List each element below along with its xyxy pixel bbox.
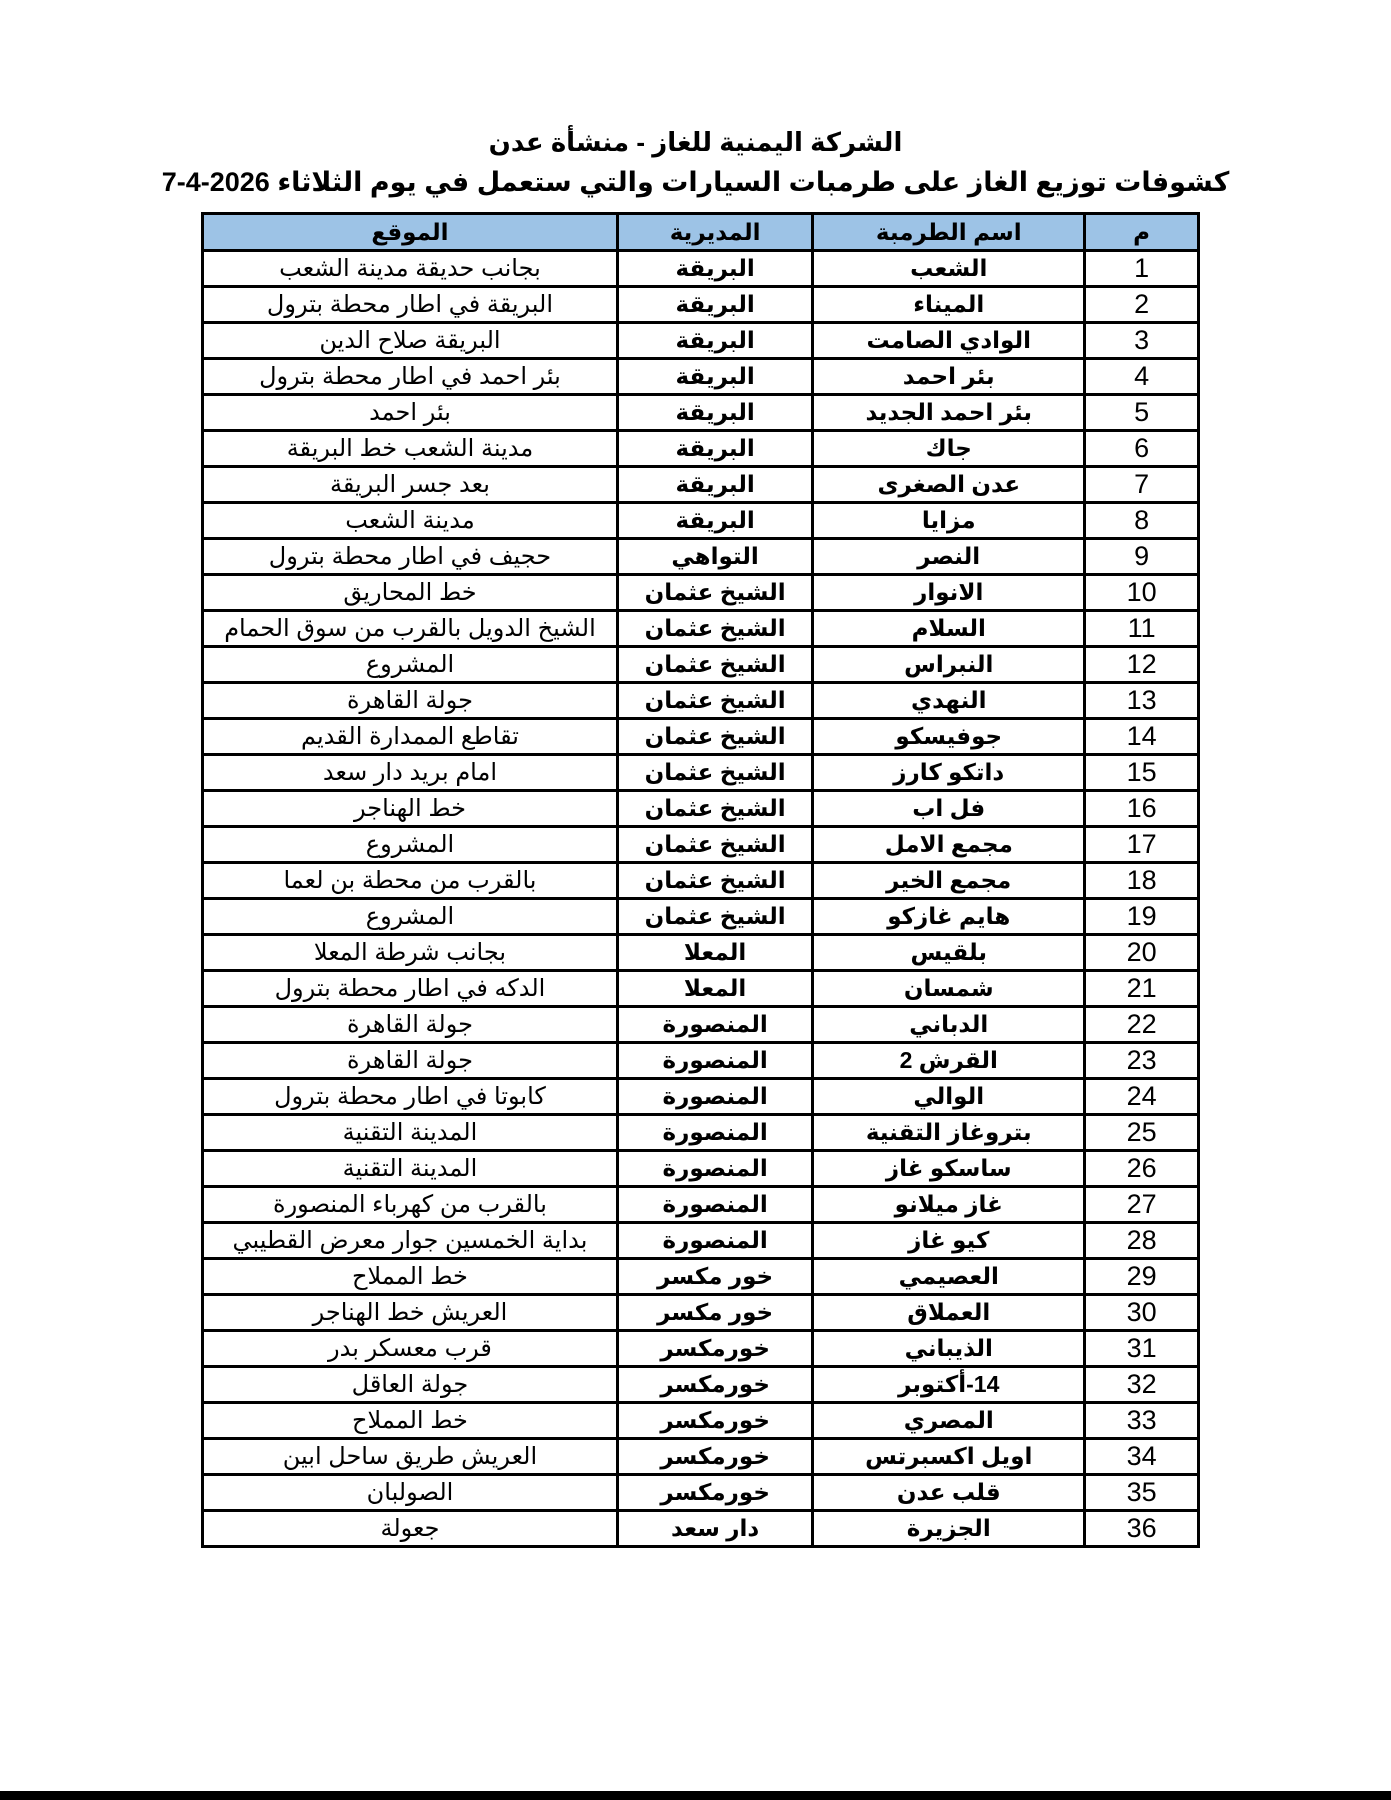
location: المدينة التقنية	[203, 1115, 618, 1151]
row-number: 7	[1085, 467, 1199, 503]
row-number: 1	[1085, 251, 1199, 287]
row-number: 34	[1085, 1439, 1199, 1475]
row-number: 17	[1085, 827, 1199, 863]
station-name: فل اب	[813, 791, 1085, 827]
location: المشروع	[203, 827, 618, 863]
directorate: البريقة	[617, 503, 812, 539]
row-number: 30	[1085, 1295, 1199, 1331]
row-number: 5	[1085, 395, 1199, 431]
station-name: جاك	[813, 431, 1085, 467]
station-name: القرش 2	[813, 1043, 1085, 1079]
location: خط المملاح	[203, 1259, 618, 1295]
row-number: 21	[1085, 971, 1199, 1007]
location: مدينة الشعب	[203, 503, 618, 539]
directorate: الشيخ عثمان	[617, 611, 812, 647]
table-row: 8مزاياالبريقةمدينة الشعب	[203, 503, 1199, 539]
station-name: الانوار	[813, 575, 1085, 611]
station-name: الوادي الصامت	[813, 323, 1085, 359]
directorate: الشيخ عثمان	[617, 827, 812, 863]
directorate: البريقة	[617, 287, 812, 323]
row-number: 24	[1085, 1079, 1199, 1115]
directorate: البريقة	[617, 323, 812, 359]
station-name: شمسان	[813, 971, 1085, 1007]
table-row: 28كيو غازالمنصورةبداية الخمسين جوار معرض…	[203, 1223, 1199, 1259]
location: البريقة صلاح الدين	[203, 323, 618, 359]
table-row: 17مجمع الاملالشيخ عثمانالمشروع	[203, 827, 1199, 863]
row-number: 33	[1085, 1403, 1199, 1439]
table-row: 21شمسانالمعلاالدكه في اطار محطة بترول	[203, 971, 1199, 1007]
table-row: 26ساسكو غازالمنصورةالمدينة التقنية	[203, 1151, 1199, 1187]
location: بالقرب من محطة بن لعما	[203, 863, 618, 899]
company-title: الشركة اليمنية للغاز - منشأة عدن	[0, 124, 1391, 160]
table-row: 27غاز ميلانوالمنصورةبالقرب من كهرباء الم…	[203, 1187, 1199, 1223]
directorate: البريقة	[617, 251, 812, 287]
directorate: خور مكسر	[617, 1259, 812, 1295]
station-name: ساسكو غاز	[813, 1151, 1085, 1187]
station-name: السلام	[813, 611, 1085, 647]
location: خط المملاح	[203, 1403, 618, 1439]
location: الشيخ الدويل بالقرب من سوق الحمام	[203, 611, 618, 647]
table-row: 3214-أكتوبرخورمكسرجولة العاقل	[203, 1367, 1199, 1403]
location: بجانب حديقة مدينة الشعب	[203, 251, 618, 287]
row-number: 13	[1085, 683, 1199, 719]
directorate: المنصورة	[617, 1187, 812, 1223]
table-row: 3الوادي الصامتالبريقةالبريقة صلاح الدين	[203, 323, 1199, 359]
row-number: 31	[1085, 1331, 1199, 1367]
table-row: 31الذيبانيخورمكسرقرب معسكر بدر	[203, 1331, 1199, 1367]
table-row: 14جوفيسكوالشيخ عثمانتقاطع الممدارة القدي…	[203, 719, 1199, 755]
directorate: البريقة	[617, 431, 812, 467]
table-row: 6جاكالبريقةمدينة الشعب خط البريقة	[203, 431, 1199, 467]
row-number: 23	[1085, 1043, 1199, 1079]
station-name: قلب عدن	[813, 1475, 1085, 1511]
location: خط الهناجر	[203, 791, 618, 827]
subtitle-date: 7-4-2026	[162, 167, 270, 197]
location: خط المحاريق	[203, 575, 618, 611]
row-number: 18	[1085, 863, 1199, 899]
location: المدينة التقنية	[203, 1151, 618, 1187]
location: بئر احمد في اطار محطة بترول	[203, 359, 618, 395]
table-body: 1الشعبالبريقةبجانب حديقة مدينة الشعب2الم…	[203, 251, 1199, 1547]
row-number: 26	[1085, 1151, 1199, 1187]
station-name: اويل اكسبرتس	[813, 1439, 1085, 1475]
row-number: 28	[1085, 1223, 1199, 1259]
directorate: المنصورة	[617, 1151, 812, 1187]
station-name: النهدي	[813, 683, 1085, 719]
directorate: خورمكسر	[617, 1403, 812, 1439]
table-row: 2الميناءالبريقةالبريقة في اطار محطة بترو…	[203, 287, 1199, 323]
location: مدينة الشعب خط البريقة	[203, 431, 618, 467]
directorate: المعلا	[617, 971, 812, 1007]
directorate: الشيخ عثمان	[617, 575, 812, 611]
table-row: 22الدبانيالمنصورةجولة القاهرة	[203, 1007, 1199, 1043]
station-name: كيو غاز	[813, 1223, 1085, 1259]
directorate: خورمكسر	[617, 1331, 812, 1367]
table-row: 29العصيميخور مكسرخط المملاح	[203, 1259, 1199, 1295]
row-number: 36	[1085, 1511, 1199, 1547]
row-number: 27	[1085, 1187, 1199, 1223]
station-name: عدن الصغرى	[813, 467, 1085, 503]
location: جعولة	[203, 1511, 618, 1547]
station-name: هايم غازكو	[813, 899, 1085, 935]
directorate: خورمكسر	[617, 1475, 812, 1511]
row-number: 25	[1085, 1115, 1199, 1151]
station-name: المصري	[813, 1403, 1085, 1439]
location: امام بريد دار سعد	[203, 755, 618, 791]
station-name: الدباني	[813, 1007, 1085, 1043]
directorate: الشيخ عثمان	[617, 791, 812, 827]
row-number: 15	[1085, 755, 1199, 791]
table-row: 25بتروغاز التقنيةالمنصورةالمدينة التقنية	[203, 1115, 1199, 1151]
location: المشروع	[203, 899, 618, 935]
table-row: 36الجزيرةدار سعدجعولة	[203, 1511, 1199, 1547]
table-row: 33المصريخورمكسرخط المملاح	[203, 1403, 1199, 1439]
row-number: 12	[1085, 647, 1199, 683]
directorate: خورمكسر	[617, 1439, 812, 1475]
station-name: مجمع الخير	[813, 863, 1085, 899]
row-number: 4	[1085, 359, 1199, 395]
row-number: 10	[1085, 575, 1199, 611]
station-name: غاز ميلانو	[813, 1187, 1085, 1223]
table-row: 15داتكو كارزالشيخ عثمانامام بريد دار سعد	[203, 755, 1199, 791]
header-location: الموقع	[203, 214, 618, 251]
location: الصولبان	[203, 1475, 618, 1511]
location: الدكه في اطار محطة بترول	[203, 971, 618, 1007]
directorate: خورمكسر	[617, 1367, 812, 1403]
location: العريش خط الهناجر	[203, 1295, 618, 1331]
location: المشروع	[203, 647, 618, 683]
station-name: العصيمي	[813, 1259, 1085, 1295]
row-number: 3	[1085, 323, 1199, 359]
station-name: 14-أكتوبر	[813, 1367, 1085, 1403]
location: تقاطع الممدارة القديم	[203, 719, 618, 755]
directorate: المنصورة	[617, 1079, 812, 1115]
location: جولة القاهرة	[203, 683, 618, 719]
row-number: 32	[1085, 1367, 1199, 1403]
table-row: 9النصرالتواهيحجيف في اطار محطة بترول	[203, 539, 1199, 575]
page-bottom-bar	[0, 1791, 1391, 1800]
station-name: الجزيرة	[813, 1511, 1085, 1547]
directorate: المنصورة	[617, 1007, 812, 1043]
row-number: 8	[1085, 503, 1199, 539]
station-name: بئر احمد الجديد	[813, 395, 1085, 431]
station-name: مجمع الامل	[813, 827, 1085, 863]
directorate: البريقة	[617, 467, 812, 503]
location: البريقة في اطار محطة بترول	[203, 287, 618, 323]
directorate: المنصورة	[617, 1115, 812, 1151]
station-name: النبراس	[813, 647, 1085, 683]
station-name: الميناء	[813, 287, 1085, 323]
station-name: داتكو كارز	[813, 755, 1085, 791]
directorate: التواهي	[617, 539, 812, 575]
distribution-table: م اسم الطرمبة المديرية الموقع 1الشعبالبر…	[201, 212, 1200, 1548]
row-number: 11	[1085, 611, 1199, 647]
table-row: 24الواليالمنصورةكابوتا في اطار محطة بترو…	[203, 1079, 1199, 1115]
row-number: 2	[1085, 287, 1199, 323]
station-name: مزايا	[813, 503, 1085, 539]
header-number: م	[1085, 214, 1199, 251]
directorate: المنصورة	[617, 1223, 812, 1259]
location: بعد جسر البريقة	[203, 467, 618, 503]
document-subtitle: كشوفات توزيع الغاز على طرمبات السيارات و…	[0, 164, 1391, 200]
row-number: 9	[1085, 539, 1199, 575]
row-number: 20	[1085, 935, 1199, 971]
station-name: الذيباني	[813, 1331, 1085, 1367]
table-row: 23القرش 2المنصورةجولة القاهرة	[203, 1043, 1199, 1079]
header-station-name: اسم الطرمبة	[813, 214, 1085, 251]
directorate: الشيخ عثمان	[617, 755, 812, 791]
directorate: الشيخ عثمان	[617, 647, 812, 683]
directorate: المنصورة	[617, 1043, 812, 1079]
location: جولة القاهرة	[203, 1043, 618, 1079]
table-row: 20بلقيسالمعلابجانب شرطة المعلا	[203, 935, 1199, 971]
row-number: 16	[1085, 791, 1199, 827]
row-number: 14	[1085, 719, 1199, 755]
directorate: الشيخ عثمان	[617, 719, 812, 755]
station-name: جوفيسكو	[813, 719, 1085, 755]
table-row: 30العملاقخور مكسرالعريش خط الهناجر	[203, 1295, 1199, 1331]
directorate: المعلا	[617, 935, 812, 971]
location: بئر احمد	[203, 395, 618, 431]
directorate: الشيخ عثمان	[617, 683, 812, 719]
table-row: 19هايم غازكوالشيخ عثمانالمشروع	[203, 899, 1199, 935]
location: جولة القاهرة	[203, 1007, 618, 1043]
table-row: 10الانوارالشيخ عثمانخط المحاريق	[203, 575, 1199, 611]
location: العريش طريق ساحل ابين	[203, 1439, 618, 1475]
location: حجيف في اطار محطة بترول	[203, 539, 618, 575]
station-name: بتروغاز التقنية	[813, 1115, 1085, 1151]
station-name: بلقيس	[813, 935, 1085, 971]
directorate: الشيخ عثمان	[617, 863, 812, 899]
location: بداية الخمسين جوار معرض القطيبي	[203, 1223, 618, 1259]
station-name: بئر احمد	[813, 359, 1085, 395]
directorate: خور مكسر	[617, 1295, 812, 1331]
table-row: 5بئر احمد الجديدالبريقةبئر احمد	[203, 395, 1199, 431]
row-number: 6	[1085, 431, 1199, 467]
directorate: الشيخ عثمان	[617, 899, 812, 935]
table-row: 4بئر احمدالبريقةبئر احمد في اطار محطة بت…	[203, 359, 1199, 395]
table-row: 34اويل اكسبرتسخورمكسرالعريش طريق ساحل اب…	[203, 1439, 1199, 1475]
station-name: الوالي	[813, 1079, 1085, 1115]
row-number: 29	[1085, 1259, 1199, 1295]
table-header-row: م اسم الطرمبة المديرية الموقع	[203, 214, 1199, 251]
table-row: 1الشعبالبريقةبجانب حديقة مدينة الشعب	[203, 251, 1199, 287]
directorate: البريقة	[617, 359, 812, 395]
station-name: الشعب	[813, 251, 1085, 287]
location: قرب معسكر بدر	[203, 1331, 618, 1367]
table-row: 16فل ابالشيخ عثمانخط الهناجر	[203, 791, 1199, 827]
station-name: النصر	[813, 539, 1085, 575]
subtitle-text: كشوفات توزيع الغاز على طرمبات السيارات و…	[277, 167, 1229, 197]
directorate: البريقة	[617, 395, 812, 431]
table-row: 12النبراسالشيخ عثمانالمشروع	[203, 647, 1199, 683]
location: بجانب شرطة المعلا	[203, 935, 618, 971]
table-row: 13النهديالشيخ عثمانجولة القاهرة	[203, 683, 1199, 719]
table-row: 11السلامالشيخ عثمانالشيخ الدويل بالقرب م…	[203, 611, 1199, 647]
table-row: 18مجمع الخيرالشيخ عثمانبالقرب من محطة بن…	[203, 863, 1199, 899]
row-number: 19	[1085, 899, 1199, 935]
table-row: 35قلب عدنخورمكسرالصولبان	[203, 1475, 1199, 1511]
row-number: 35	[1085, 1475, 1199, 1511]
location: بالقرب من كهرباء المنصورة	[203, 1187, 618, 1223]
header-directorate: المديرية	[617, 214, 812, 251]
directorate: دار سعد	[617, 1511, 812, 1547]
table-row: 7عدن الصغرىالبريقةبعد جسر البريقة	[203, 467, 1199, 503]
row-number: 22	[1085, 1007, 1199, 1043]
location: جولة العاقل	[203, 1367, 618, 1403]
station-name: العملاق	[813, 1295, 1085, 1331]
location: كابوتا في اطار محطة بترول	[203, 1079, 618, 1115]
